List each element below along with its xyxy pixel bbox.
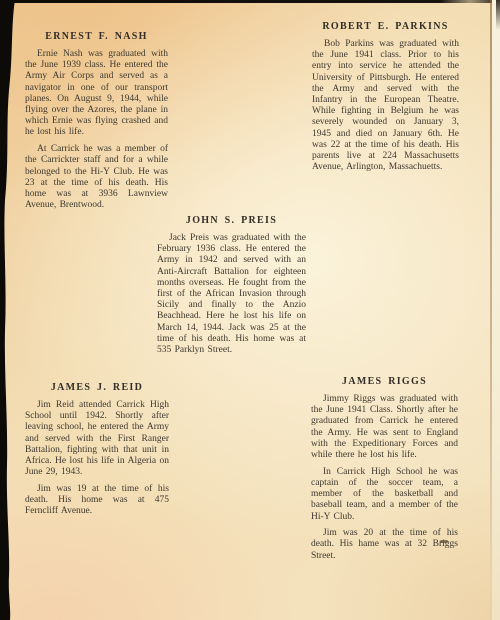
entry-heading: JAMES RIGGS [311, 376, 458, 387]
memorial-entry-riggs: JAMES RIGGS Jimmy Riggs was graduated wi… [311, 376, 458, 567]
scan-top-edge [0, 0, 500, 3]
entry-paragraph: Jim was 19 at the time of his death. His… [25, 484, 169, 518]
binding-edge [0, 0, 18, 620]
memorial-entry-reid: JAMES J. REID Jim Reid attended Carrick … [25, 382, 169, 523]
entry-paragraph: At Carrick he was a member of the Carric… [25, 144, 168, 211]
page-edge-line [490, 0, 492, 620]
entry-paragraph: In Carrick High School he was captain of… [311, 467, 458, 523]
entry-paragraph: Jim was 20 at the time of his death. His… [311, 528, 458, 562]
entry-heading: JAMES J. REID [25, 382, 169, 393]
entry-paragraph: Ernie Nash was graduated with the June 1… [25, 49, 168, 139]
entry-paragraph: Bob Parkins was graduated with the June … [312, 39, 459, 173]
entry-heading: JOHN S. PREIS [157, 215, 306, 226]
entry-paragraph: Jack Preis was graduated with the Februa… [157, 233, 306, 356]
memorial-entry-preis: JOHN S. PREIS Jack Preis was graduated w… [157, 215, 306, 362]
entry-paragraph: Jimmy Riggs was graduated with the June … [311, 394, 458, 461]
entry-heading: ROBERT E. PARKINS [312, 21, 459, 32]
memorial-entry-parkins: ROBERT E. PARKINS Bob Parkins was gradua… [312, 21, 459, 179]
memorial-entry-nash: ERNEST F. NASH Ernie Nash was graduated … [25, 31, 168, 217]
scanned-book-page: ERNEST F. NASH Ernie Nash was graduated … [0, 0, 500, 620]
entry-heading: ERNEST F. NASH [25, 31, 168, 42]
page-stack-edge [492, 0, 500, 620]
entry-paragraph: Jim Reid attended Carrick High School un… [25, 400, 169, 478]
corner-shadow [496, 0, 500, 30]
